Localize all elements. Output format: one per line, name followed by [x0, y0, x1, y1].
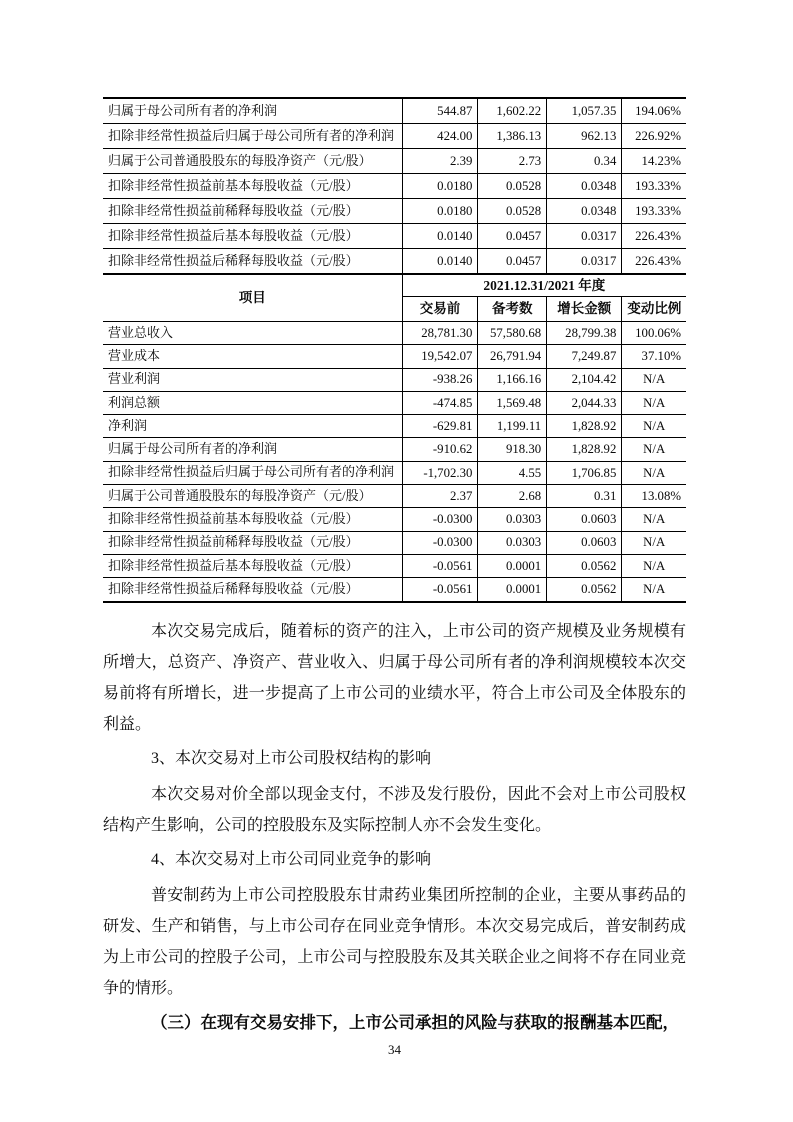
value-cell: 2.73	[478, 149, 547, 174]
value-cell: 0.0140	[402, 224, 478, 249]
value-cell: 57,580.68	[478, 322, 547, 345]
value-cell: 0.0457	[478, 224, 547, 249]
table-row: 扣除非经常性损益后稀释每股收益（元/股）0.01400.04570.031722…	[103, 249, 686, 275]
table-row: 扣除非经常性损益后归属于母公司所有者的净利润-1,702.304.551,706…	[103, 461, 686, 484]
value-cell: 28,799.38	[547, 322, 622, 345]
value-cell: -1,702.30	[402, 461, 478, 484]
table-row: 扣除非经常性损益前基本每股收益（元/股）-0.03000.03030.0603N…	[103, 508, 686, 531]
value-cell: N/A	[622, 554, 686, 577]
value-cell: 1,057.35	[547, 98, 622, 124]
value-cell: N/A	[622, 415, 686, 438]
row-label-cell: 扣除非经常性损益后归属于母公司所有者的净利润	[103, 461, 402, 484]
column-header-pre-transaction: 交易前	[402, 297, 478, 322]
row-label-cell: 扣除非经常性损益前稀释每股收益（元/股）	[103, 199, 402, 224]
table-row: 扣除非经常性损益后归属于母公司所有者的净利润424.001,386.13962.…	[103, 124, 686, 149]
value-cell: N/A	[622, 368, 686, 391]
value-cell: 100.06%	[622, 322, 686, 345]
value-cell: N/A	[622, 508, 686, 531]
column-header-pro-forma: 备考数	[478, 297, 547, 322]
body-paragraph: 普安制药为上市公司控股股东甘肃药业集团所控制的企业，主要从事药品的研发、生产和销…	[103, 880, 686, 1004]
table-row: 营业总收入28,781.3057,580.6828,799.38100.06%	[103, 322, 686, 345]
row-label-cell: 扣除非经常性损益后归属于母公司所有者的净利润	[103, 124, 402, 149]
value-cell: -0.0300	[402, 531, 478, 554]
body-paragraph: 本次交易对价全部以现金支付，不涉及发行股份，因此不会对上市公司股权结构产生影响，…	[103, 779, 686, 841]
column-header-change-ratio: 变动比例	[622, 297, 686, 322]
value-cell: -938.26	[402, 368, 478, 391]
table-row: 归属于母公司所有者的净利润-910.62918.301,828.92N/A	[103, 438, 686, 461]
row-label-cell: 扣除非经常性损益后稀释每股收益（元/股）	[103, 578, 402, 602]
value-cell: 918.30	[478, 438, 547, 461]
value-cell: 544.87	[402, 98, 478, 124]
value-cell: 0.0317	[547, 224, 622, 249]
row-label-cell: 扣除非经常性损益后稀释每股收益（元/股）	[103, 249, 402, 275]
value-cell: 0.0303	[478, 531, 547, 554]
value-cell: 0.31	[547, 485, 622, 508]
value-cell: 424.00	[402, 124, 478, 149]
value-cell: 1,386.13	[478, 124, 547, 149]
value-cell: 193.33%	[622, 174, 686, 199]
row-label-cell: 归属于母公司所有者的净利润	[103, 438, 402, 461]
row-label-cell: 扣除非经常性损益后基本每股收益（元/股）	[103, 554, 402, 577]
value-cell: 0.0528	[478, 199, 547, 224]
row-label-cell: 扣除非经常性损益前稀释每股收益（元/股）	[103, 531, 402, 554]
value-cell: 1,602.22	[478, 98, 547, 124]
row-label-cell: 归属于母公司所有者的净利润	[103, 98, 402, 124]
page-number: 34	[103, 1042, 686, 1058]
value-cell: 7,249.87	[547, 345, 622, 368]
section-heading: 3、本次交易对上市公司股权结构的影响	[103, 743, 686, 774]
value-cell: 0.0603	[547, 508, 622, 531]
value-cell: 2.39	[402, 149, 478, 174]
row-label-cell: 营业利润	[103, 368, 402, 391]
value-cell: -0.0300	[402, 508, 478, 531]
value-cell: N/A	[622, 438, 686, 461]
table-row: 归属于公司普通股股东的每股净资产（元/股）2.372.680.3113.08%	[103, 485, 686, 508]
value-cell: 0.0303	[478, 508, 547, 531]
value-cell: -0.0561	[402, 578, 478, 602]
table-data-section: 营业总收入28,781.3057,580.6828,799.38100.06%营…	[103, 322, 686, 602]
value-cell: 1,166.16	[478, 368, 547, 391]
value-cell: 0.0180	[402, 199, 478, 224]
value-cell: 37.10%	[622, 345, 686, 368]
row-label-cell: 扣除非经常性损益前基本每股收益（元/股）	[103, 174, 402, 199]
value-cell: 2,044.33	[547, 391, 622, 414]
value-cell: 26,791.94	[478, 345, 547, 368]
value-cell: 226.43%	[622, 224, 686, 249]
value-cell: 0.34	[547, 149, 622, 174]
body-text: 本次交易完成后，随着标的资产的注入，上市公司的资产规模及业务规模有所增大，总资产…	[103, 616, 686, 1038]
row-label-cell: 扣除非经常性损益前基本每股收益（元/股）	[103, 508, 402, 531]
value-cell: 2.37	[402, 485, 478, 508]
table-row: 扣除非经常性损益后基本每股收益（元/股）0.01400.04570.031722…	[103, 224, 686, 249]
table-continued-section: 归属于母公司所有者的净利润544.871,602.221,057.35194.0…	[103, 98, 686, 274]
value-cell: 28,781.30	[402, 322, 478, 345]
value-cell: 0.0562	[547, 578, 622, 602]
column-header-growth-amount: 增长金额	[547, 297, 622, 322]
row-label-cell: 归属于公司普通股股东的每股净资产（元/股）	[103, 485, 402, 508]
row-label-cell: 利润总额	[103, 391, 402, 414]
section-heading: （三）在现有交易安排下，上市公司承担的风险与获取的报酬基本匹配，	[103, 1007, 686, 1038]
value-cell: 4.55	[478, 461, 547, 484]
table-row: 归属于母公司所有者的净利润544.871,602.221,057.35194.0…	[103, 98, 686, 124]
table-row: 净利润-629.811,199.111,828.92N/A	[103, 415, 686, 438]
section-heading: 4、本次交易对上市公司同业竞争的影响	[103, 844, 686, 875]
row-label-cell: 营业总收入	[103, 322, 402, 345]
value-cell: 226.43%	[622, 249, 686, 275]
table-header-section: 项目 2021.12.31/2021 年度 交易前 备考数 增长金额 变动比例	[103, 274, 686, 322]
value-cell: 0.0528	[478, 174, 547, 199]
row-label-cell: 净利润	[103, 415, 402, 438]
value-cell: N/A	[622, 578, 686, 602]
value-cell: 962.13	[547, 124, 622, 149]
value-cell: 0.0001	[478, 554, 547, 577]
value-cell: 14.23%	[622, 149, 686, 174]
column-header-period: 2021.12.31/2021 年度	[402, 274, 686, 297]
value-cell: 0.0562	[547, 554, 622, 577]
value-cell: -0.0561	[402, 554, 478, 577]
table-row: 营业利润-938.261,166.162,104.42N/A	[103, 368, 686, 391]
table-row: 归属于公司普通股股东的每股净资产（元/股）2.392.730.3414.23%	[103, 149, 686, 174]
value-cell: 0.0140	[402, 249, 478, 275]
table-row: 利润总额-474.851,569.482,044.33N/A	[103, 391, 686, 414]
value-cell: 194.06%	[622, 98, 686, 124]
value-cell: 1,828.92	[547, 438, 622, 461]
body-paragraph: 本次交易完成后，随着标的资产的注入，上市公司的资产规模及业务规模有所增大，总资产…	[103, 616, 686, 740]
page-content: 归属于母公司所有者的净利润544.871,602.221,057.35194.0…	[103, 97, 686, 1058]
value-cell: 1,828.92	[547, 415, 622, 438]
value-cell: 0.0348	[547, 174, 622, 199]
value-cell: 0.0348	[547, 199, 622, 224]
row-label-cell: 营业成本	[103, 345, 402, 368]
value-cell: 1,569.48	[478, 391, 547, 414]
row-label-cell: 扣除非经常性损益后基本每股收益（元/股）	[103, 224, 402, 249]
value-cell: 0.0317	[547, 249, 622, 275]
column-header-item: 项目	[103, 274, 402, 322]
value-cell: 193.33%	[622, 199, 686, 224]
value-cell: 0.0180	[402, 174, 478, 199]
table-row: 扣除非经常性损益前稀释每股收益（元/股）-0.03000.03030.0603N…	[103, 531, 686, 554]
value-cell: 0.0001	[478, 578, 547, 602]
table-row: 营业成本19,542.0726,791.947,249.8737.10%	[103, 345, 686, 368]
value-cell: -629.81	[402, 415, 478, 438]
table-row: 扣除非经常性损益前稀释每股收益（元/股）0.01800.05280.034819…	[103, 199, 686, 224]
value-cell: N/A	[622, 461, 686, 484]
table-row: 扣除非经常性损益后稀释每股收益（元/股）-0.05610.00010.0562N…	[103, 578, 686, 602]
value-cell: 0.0457	[478, 249, 547, 275]
value-cell: -910.62	[402, 438, 478, 461]
value-cell: 226.92%	[622, 124, 686, 149]
value-cell: -474.85	[402, 391, 478, 414]
value-cell: N/A	[622, 391, 686, 414]
value-cell: 1,706.85	[547, 461, 622, 484]
value-cell: 2,104.42	[547, 368, 622, 391]
document-page: 归属于母公司所有者的净利润544.871,602.221,057.35194.0…	[0, 0, 793, 1122]
table-header-row-period: 项目 2021.12.31/2021 年度	[103, 274, 686, 297]
row-label-cell: 归属于公司普通股股东的每股净资产（元/股）	[103, 149, 402, 174]
value-cell: 2.68	[478, 485, 547, 508]
value-cell: 1,199.11	[478, 415, 547, 438]
value-cell: 0.0603	[547, 531, 622, 554]
value-cell: 13.08%	[622, 485, 686, 508]
table-row: 扣除非经常性损益前基本每股收益（元/股）0.01800.05280.034819…	[103, 174, 686, 199]
pro-forma-financials-table: 归属于母公司所有者的净利润544.871,602.221,057.35194.0…	[103, 97, 686, 603]
value-cell: 19,542.07	[402, 345, 478, 368]
table-row: 扣除非经常性损益后基本每股收益（元/股）-0.05610.00010.0562N…	[103, 554, 686, 577]
value-cell: N/A	[622, 531, 686, 554]
